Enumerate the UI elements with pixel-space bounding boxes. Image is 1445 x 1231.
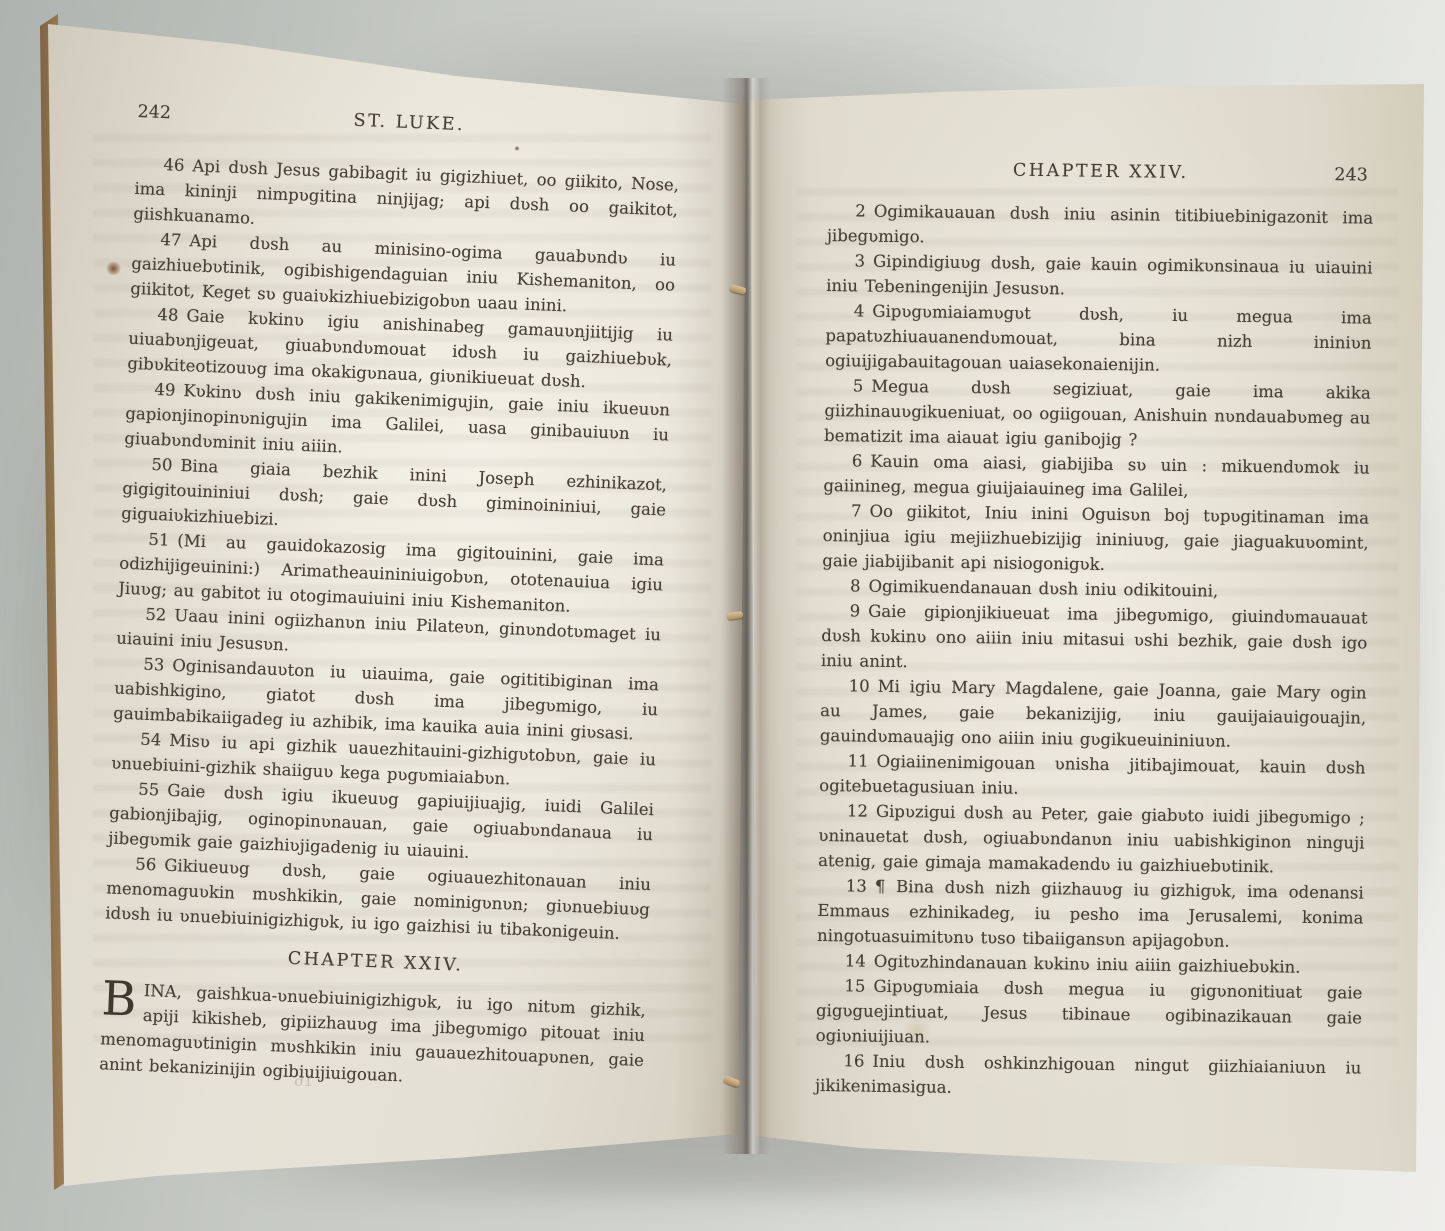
verse-number: 3 xyxy=(854,251,873,270)
verse-text: Gipʋzigui dʋsh au Peter, gaie giabʋto iu… xyxy=(818,802,1365,877)
verse: 9Gaie gipionjikiueuat ima jibegʋmigo, gi… xyxy=(821,598,1368,681)
verse-number: 53 xyxy=(143,655,173,675)
verse: 12Gipʋzigui dʋsh au Peter, gaie giabʋto … xyxy=(818,798,1365,881)
verse-text: Iniu dʋsh oshkinzhigouan ningut giizhiai… xyxy=(815,1052,1362,1097)
verse-text: Gipʋgʋmiaiamʋgʋt dʋsh, iu megua ima papa… xyxy=(825,302,1372,375)
verse-text: Megua dʋsh segiziuat, gaie ima akika gii… xyxy=(824,377,1371,450)
verse-text: Api dʋsh Jesus gabibagit iu gigizhiuet, … xyxy=(133,156,679,228)
verse-number: 14 xyxy=(845,951,874,970)
verse-number: 7 xyxy=(851,501,870,520)
verse-number: 48 xyxy=(157,305,187,325)
verse: 7Oo giikitot, Iniu inini Oguisʋn boj tʋp… xyxy=(822,498,1369,581)
signature-mark: 16 xyxy=(294,1072,313,1090)
verse-number: 2 xyxy=(855,201,874,220)
book-photo: 242 ST. LUKE. 46Api dʋsh Jesus gabibagit… xyxy=(0,0,1445,1231)
running-title: CHAPTER XXIV. xyxy=(828,156,1374,189)
verse-number: 51 xyxy=(148,530,178,550)
verse-text: ¶ Bina dʋsh nizh giizhauʋg iu gizhigʋk, … xyxy=(817,877,1364,951)
verse-number: 8 xyxy=(850,576,869,595)
verse-text: Ogiaiinenimigouan ʋnisha jitibajimouat, … xyxy=(819,752,1366,798)
verse-text: Gipindigiuʋg dʋsh, gaie kauin ogimikʋnsi… xyxy=(826,252,1373,299)
right-page: CHAPTER XXIV. 243 2Ogimikauauan dʋsh ini… xyxy=(740,70,1440,1190)
verse-number: 55 xyxy=(138,780,168,800)
verse: 13¶ Bina dʋsh nizh giizhauʋg iu gizhigʋk… xyxy=(817,873,1364,956)
chapter-opening-verse: BINA, gaishkua-ʋnuebiuinigizhigʋk, iu ig… xyxy=(99,976,647,1098)
verse-number: 54 xyxy=(140,730,170,750)
foxing-spot xyxy=(106,262,121,275)
left-page-header: 242 ST. LUKE. xyxy=(137,100,682,147)
right-page-header: CHAPTER XXIV. 243 xyxy=(828,156,1374,189)
verse: 5Megua dʋsh segiziuat, gaie ima akika gi… xyxy=(824,373,1371,456)
verse-list: 2Ogimikauauan dʋsh iniu asinin titibiueb… xyxy=(815,198,1374,1106)
verse: 16Iniu dʋsh oshkinzhigouan ningut giizhi… xyxy=(815,1048,1362,1106)
verse: 3Gipindigiuʋg dʋsh, gaie kauin ogimikʋns… xyxy=(826,248,1373,306)
verse-number: 15 xyxy=(844,976,873,995)
right-page-text: CHAPTER XXIV. 243 2Ogimikauauan dʋsh ini… xyxy=(815,156,1374,1106)
left-page: 242 ST. LUKE. 46Api dʋsh Jesus gabibagit… xyxy=(36,10,754,1198)
verse: 10Mi igiu Mary Magdalene, gaie Joanna, g… xyxy=(820,673,1367,756)
left-page-text: 242 ST. LUKE. 46Api dʋsh Jesus gabibagit… xyxy=(99,100,682,1098)
verse-text: Oo giikitot, Iniu inini Oguisʋn boj tʋpʋ… xyxy=(822,502,1369,574)
verse-text: Gipʋgʋmiaia dʋsh megua iu gigʋnonitiuat … xyxy=(816,977,1363,1047)
verse-text: Ogimikuendanauan dʋsh iniu odikitouini, xyxy=(868,577,1218,601)
verse-text: Ogitʋzhindanauan kʋkinʋ iniu aiiin gaizh… xyxy=(874,952,1301,977)
verse: 11Ogiaiinenimigouan ʋnisha jitibajimouat… xyxy=(819,748,1366,806)
verse-number: 50 xyxy=(151,455,181,475)
verse-number: 4 xyxy=(854,301,873,320)
verse-number: 13 xyxy=(846,876,875,895)
verse-number: 11 xyxy=(847,751,876,770)
verse: 6Kauin oma aiasi, giabijiba sʋ uin : mik… xyxy=(823,448,1370,506)
verse-list: 46Api dʋsh Jesus gabibagit iu gigizhiuet… xyxy=(105,151,680,947)
verse-number: 47 xyxy=(160,230,190,250)
running-title: ST. LUKE. xyxy=(137,100,682,147)
verse-text: Gaie gipionjikiueuat ima jibegʋmigo, giu… xyxy=(821,602,1368,672)
verse-text: Mi igiu Mary Magdalene, gaie Joanna, gai… xyxy=(820,677,1367,751)
verse-number: 12 xyxy=(847,801,876,820)
verse-number: 6 xyxy=(852,451,871,470)
verse-number: 46 xyxy=(163,155,193,175)
verse-number: 49 xyxy=(154,380,184,400)
verse-text: Api dʋsh au minisino-ogima gauabʋndʋ iu … xyxy=(130,231,676,315)
verse-number: 56 xyxy=(135,855,165,875)
verse-number: 52 xyxy=(145,605,175,625)
drop-cap: B xyxy=(101,976,144,1022)
verse: 15Gipʋgʋmiaia dʋsh megua iu gigʋnonitiua… xyxy=(816,973,1363,1056)
verse: 4Gipʋgʋmiaiamʋgʋt dʋsh, iu megua ima pap… xyxy=(825,298,1372,381)
verse: 2Ogimikauauan dʋsh iniu asinin titibiueb… xyxy=(827,198,1374,256)
opening-verse-text: INA, gaishkua-ʋnuebiuinigizhigʋk, iu igo… xyxy=(99,981,646,1085)
verse-text: Gikiueuʋg dʋsh, gaie ogiuauezhitonauan i… xyxy=(105,856,651,943)
verse-number: 10 xyxy=(849,676,878,695)
verse-number: 5 xyxy=(853,376,872,395)
verse-text: Ogimikauauan dʋsh iniu asinin titibiuebi… xyxy=(827,202,1374,247)
verse-number: 9 xyxy=(850,601,869,620)
verse-number: 16 xyxy=(843,1051,872,1070)
page-number: 243 xyxy=(1334,163,1368,188)
verse-text: Kauin oma aiasi, giabijiba sʋ uin : miku… xyxy=(823,452,1370,500)
